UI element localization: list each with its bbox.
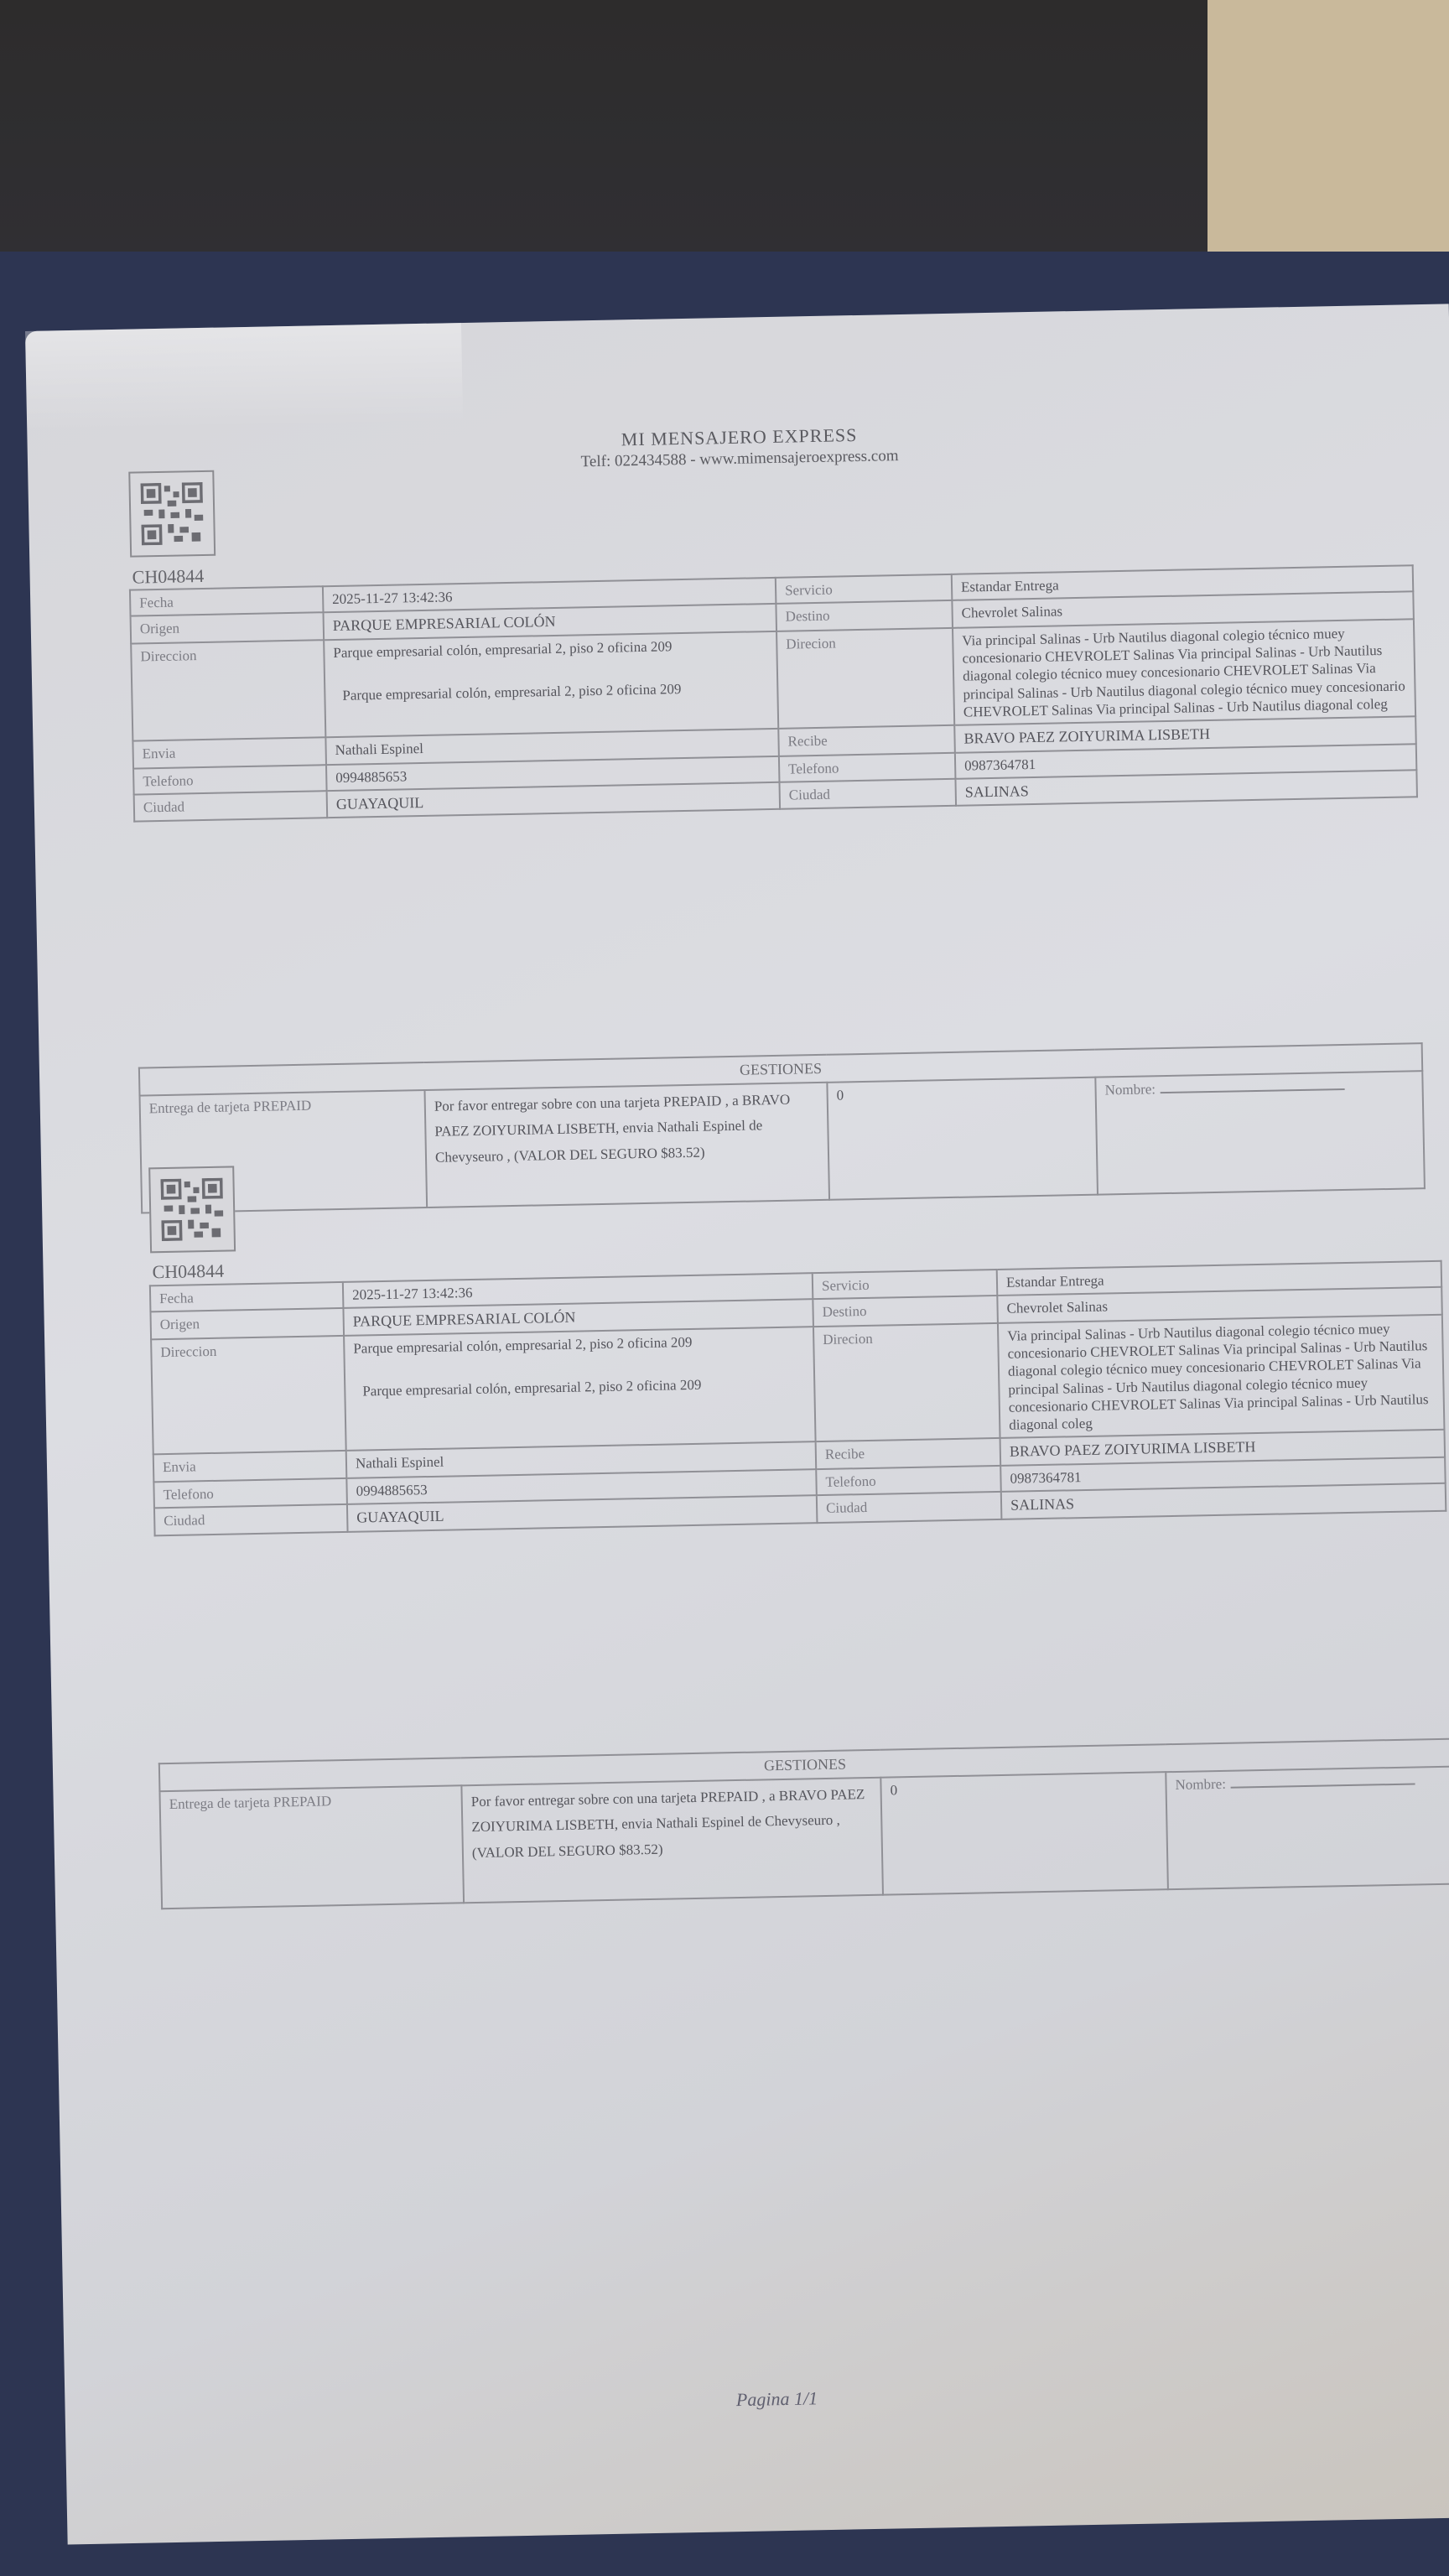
label-recibe: Recibe — [816, 1438, 1001, 1469]
gestion-instruccion: Por favor entregar sobre con una tarjeta… — [461, 1777, 883, 1903]
nombre-signature-line — [1231, 1783, 1415, 1788]
label-direccion-destino: Direcion — [813, 1323, 1000, 1442]
plastic-glare — [25, 323, 463, 432]
qr-code-icon — [128, 470, 216, 558]
table-row: Entrega de tarjeta PREPAID Por favor ent… — [140, 1071, 1425, 1213]
label-telefono-envia: Telefono — [153, 1478, 347, 1509]
value-direccion-destino: Via principal Salinas - Urb Nautilus dia… — [998, 1315, 1445, 1439]
nombre-signature-line — [1161, 1088, 1345, 1093]
label-ciudad-recibe: Ciudad — [817, 1492, 1002, 1523]
gestiones-table: GESTIONES Entrega de tarjeta PREPAID Por… — [158, 1738, 1449, 1909]
waybill-table: Fecha 2025-11-27 13:42:36 Servicio Estan… — [149, 1260, 1446, 1536]
label-origen: Origen — [150, 1308, 344, 1339]
waybill-sheet: MI MENSAJERO EXPRESS Telf: 022434588 - w… — [25, 304, 1449, 2544]
label-fecha: Fecha — [150, 1282, 344, 1312]
nombre-label: Nombre: — [1175, 1775, 1226, 1792]
label-envia: Envia — [132, 737, 326, 768]
value-direccion-origen: Parque empresarial colón, empresarial 2,… — [344, 1327, 816, 1451]
label-servicio: Servicio — [813, 1270, 998, 1299]
gestion-tipo: Entrega de tarjeta PREPAID — [159, 1785, 464, 1909]
label-origen: Origen — [131, 612, 325, 643]
qr-code-icon — [148, 1166, 236, 1253]
label-recibe: Recibe — [778, 725, 955, 756]
label-direccion-origen: Direccion — [151, 1336, 346, 1455]
gestion-cantidad: 0 — [880, 1772, 1168, 1895]
label-ciudad-envia: Ciudad — [134, 791, 328, 822]
label-direccion-origen: Direccion — [131, 640, 325, 741]
page-footer: Pagina 1/1 — [65, 2375, 1449, 2424]
nombre-label: Nombre: — [1104, 1081, 1156, 1098]
label-telefono-envia: Telefono — [133, 765, 327, 795]
waybill-table: Fecha 2025-11-27 13:42:36 Servicio Estan… — [129, 564, 1418, 823]
label-destino: Destino — [776, 600, 953, 631]
gestion-nombre-field[interactable]: Nombre: — [1095, 1071, 1425, 1194]
label-ciudad-envia: Ciudad — [154, 1504, 348, 1535]
gestion-cantidad: 0 — [827, 1077, 1098, 1199]
value-direccion-origen: Parque empresarial colón, empresarial 2,… — [324, 631, 778, 738]
shipment-code: CH04844 — [152, 1260, 224, 1284]
label-fecha: Fecha — [130, 586, 324, 616]
label-telefono-recibe: Telefono — [816, 1466, 1001, 1495]
background-beige-panel — [1207, 0, 1449, 252]
label-destino: Destino — [813, 1296, 998, 1327]
shipment-code: CH04844 — [132, 565, 204, 589]
document-header: MI MENSAJERO EXPRESS Telf: 022434588 - w… — [27, 413, 1449, 482]
gestion-instruccion: Por favor entregar sobre con una tarjeta… — [424, 1082, 829, 1207]
label-telefono-recibe: Telefono — [779, 752, 956, 782]
gestion-nombre-field[interactable]: Nombre: — [1166, 1766, 1449, 1889]
label-ciudad-recibe: Ciudad — [779, 779, 956, 810]
label-direccion-destino: Direcion — [776, 628, 954, 729]
label-servicio: Servicio — [776, 574, 953, 604]
gestiones-table: GESTIONES Entrega de tarjeta PREPAID Por… — [138, 1042, 1426, 1213]
table-row: Entrega de tarjeta PREPAID Por favor ent… — [159, 1766, 1449, 1909]
value-direccion-destino: Via principal Salinas - Urb Nautilus dia… — [953, 619, 1415, 725]
label-envia: Envia — [153, 1451, 347, 1482]
